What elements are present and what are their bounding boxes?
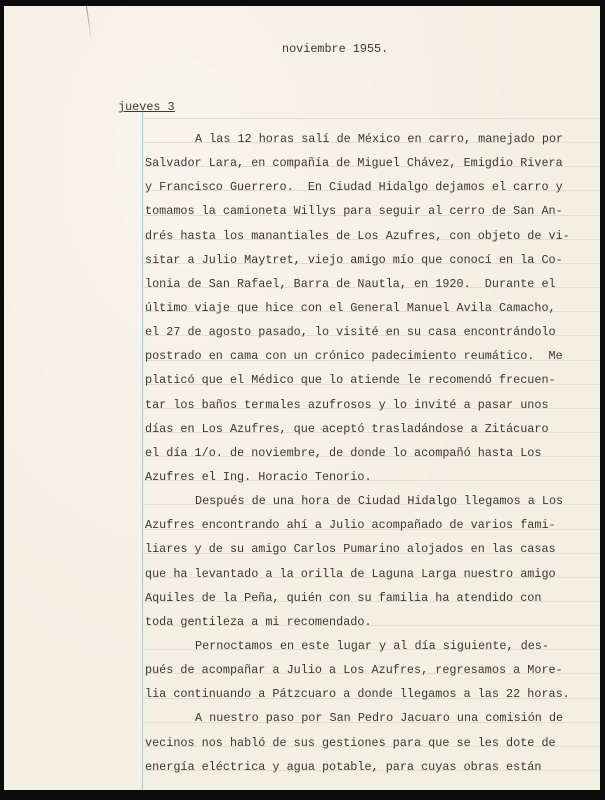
- text-line: Pernoctamos en este lugar y al día sigui…: [145, 634, 570, 658]
- day-heading: jueves 3: [118, 100, 175, 114]
- text-line: vecinos nos habló de sus gestiones para …: [145, 731, 570, 755]
- text-line: sitar a Julio Maytret, viejo amigo mío q…: [145, 248, 570, 272]
- text-line: drés hasta los manantiales de Los Azufre…: [145, 224, 570, 248]
- text-line: postrado en cama con un crónico padecimi…: [145, 344, 570, 368]
- text-line: lonia de San Rafael, Barra de Nautla, en…: [145, 272, 570, 296]
- text-line: A las 12 horas salí de México en carro, …: [145, 127, 570, 151]
- text-line: pués de acompañar a Julio a Los Azufres,…: [145, 658, 570, 682]
- margin-line: [142, 110, 143, 790]
- text-line: que ha levantado a la orilla de Laguna L…: [145, 562, 570, 586]
- paper-crease: [86, 6, 92, 44]
- text-line: tar los baños termales azufrosos y lo in…: [145, 393, 570, 417]
- text-line: el 27 de agosto pasado, lo visité en su …: [145, 320, 570, 344]
- text-line: A nuestro paso por San Pedro Jacuaro una…: [145, 706, 570, 730]
- text-line: toda gentileza a mi recomendado.: [145, 610, 570, 634]
- date-header: noviembre 1955.: [282, 42, 388, 56]
- text-line: el día 1/o. de noviembre, de donde lo ac…: [145, 441, 570, 465]
- text-line: Aquiles de la Peña, quién con su familia…: [145, 586, 570, 610]
- text-line: lia continuando a Pátzcuaro a donde lleg…: [145, 682, 570, 706]
- typewritten-page: noviembre 1955. jueves 3 A las 12 horas …: [4, 6, 600, 790]
- text-line: último viaje que hice con el General Man…: [145, 296, 570, 320]
- text-line: tomamos la camioneta Willys para seguir …: [145, 199, 570, 223]
- text-line: liares y de su amigo Carlos Pumarino alo…: [145, 537, 570, 561]
- diary-body: A las 12 horas salí de México en carro, …: [145, 127, 570, 779]
- text-line: Después de una hora de Ciudad Hidalgo ll…: [145, 489, 570, 513]
- text-line: Azufres el Ing. Horacio Tenorio.: [145, 465, 570, 489]
- text-line: días en Los Azufres, que aceptó trasladá…: [145, 417, 570, 441]
- text-line: platicó que el Médico que lo atiende le …: [145, 368, 570, 392]
- text-line: y Francisco Guerrero. En Ciudad Hidalgo …: [145, 175, 570, 199]
- rule-line: [142, 118, 600, 119]
- text-line: Salvador Lara, en compañía de Miguel Chá…: [145, 151, 570, 175]
- text-line: energía eléctrica y agua potable, para c…: [145, 755, 570, 779]
- text-line: Azufres encontrando ahí a Julio acompaña…: [145, 513, 570, 537]
